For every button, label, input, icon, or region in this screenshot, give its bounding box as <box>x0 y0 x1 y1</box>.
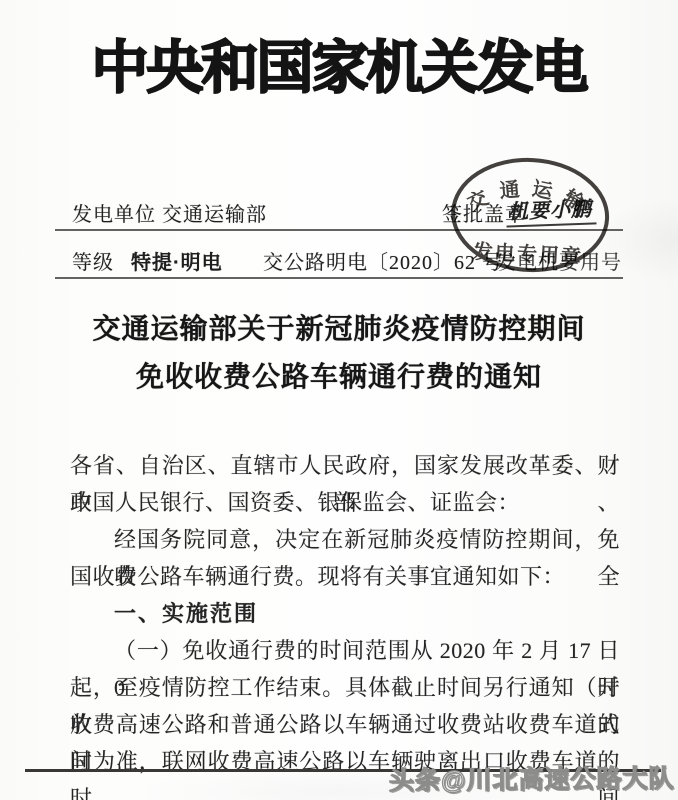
toutiao-watermark: 头条@川北高速公路大队 <box>388 759 674 797</box>
grade-label: 等级 <box>72 246 114 275</box>
body-line: 国收费公路车辆通行费。现将有关事宜通知如下： <box>70 558 620 595</box>
body-line: 经国务院同意，决定在新冠肺炎疫情防控期间，免收全 <box>70 521 620 558</box>
body-line: 起，至疫情防控工作结束。具体截止时间另行通知（开放式 <box>70 669 620 706</box>
scanned-telegram-document: 中央和国家机关发电 发电单位 交通运输部 签批盖章 机要小鹏 等级 特提·明电 … <box>0 0 678 800</box>
document-title: 交通运输部关于新冠肺炎疫情防控期间 免收收费公路车辆通行费的通知 <box>0 306 678 402</box>
body-line: 收费高速公路和普通公路以车辆通过收费站收费车道的时 <box>70 706 620 743</box>
sending-unit-value: 交通运输部 <box>162 198 267 227</box>
body-line: （一）免收通行费的时间范围从 2020 年 2 月 17 日 0 时 <box>70 632 620 669</box>
grade-value: 特提·明电 <box>131 246 223 275</box>
body-section-heading: 一、实施范围 <box>70 595 620 632</box>
header-form: 发电单位 交通运输部 签批盖章 机要小鹏 等级 特提·明电 交公路明电〔2020… <box>0 185 678 300</box>
stamp-bottom-text: 发电专用章 <box>473 239 584 269</box>
sending-unit-label: 发电单位 <box>72 198 156 227</box>
document-title-line-1: 交通运输部关于新冠肺炎疫情防控期间 <box>0 306 678 354</box>
form-title: 中央和国家机关发电 <box>0 22 678 104</box>
body-line: 各省、自治区、直辖市人民政府，国家发展改革委、财政部、 <box>70 447 620 484</box>
document-title-line-2: 免收收费公路车辆通行费的通知 <box>0 354 678 402</box>
stamp-arc-text: 交通运输 <box>462 173 599 221</box>
document-body: 各省、自治区、直辖市人民政府，国家发展改革委、财政部、 中国人民银行、国资委、银… <box>70 447 620 780</box>
official-seal-stamp-icon: 交通运输 发电专用章 <box>443 151 617 285</box>
